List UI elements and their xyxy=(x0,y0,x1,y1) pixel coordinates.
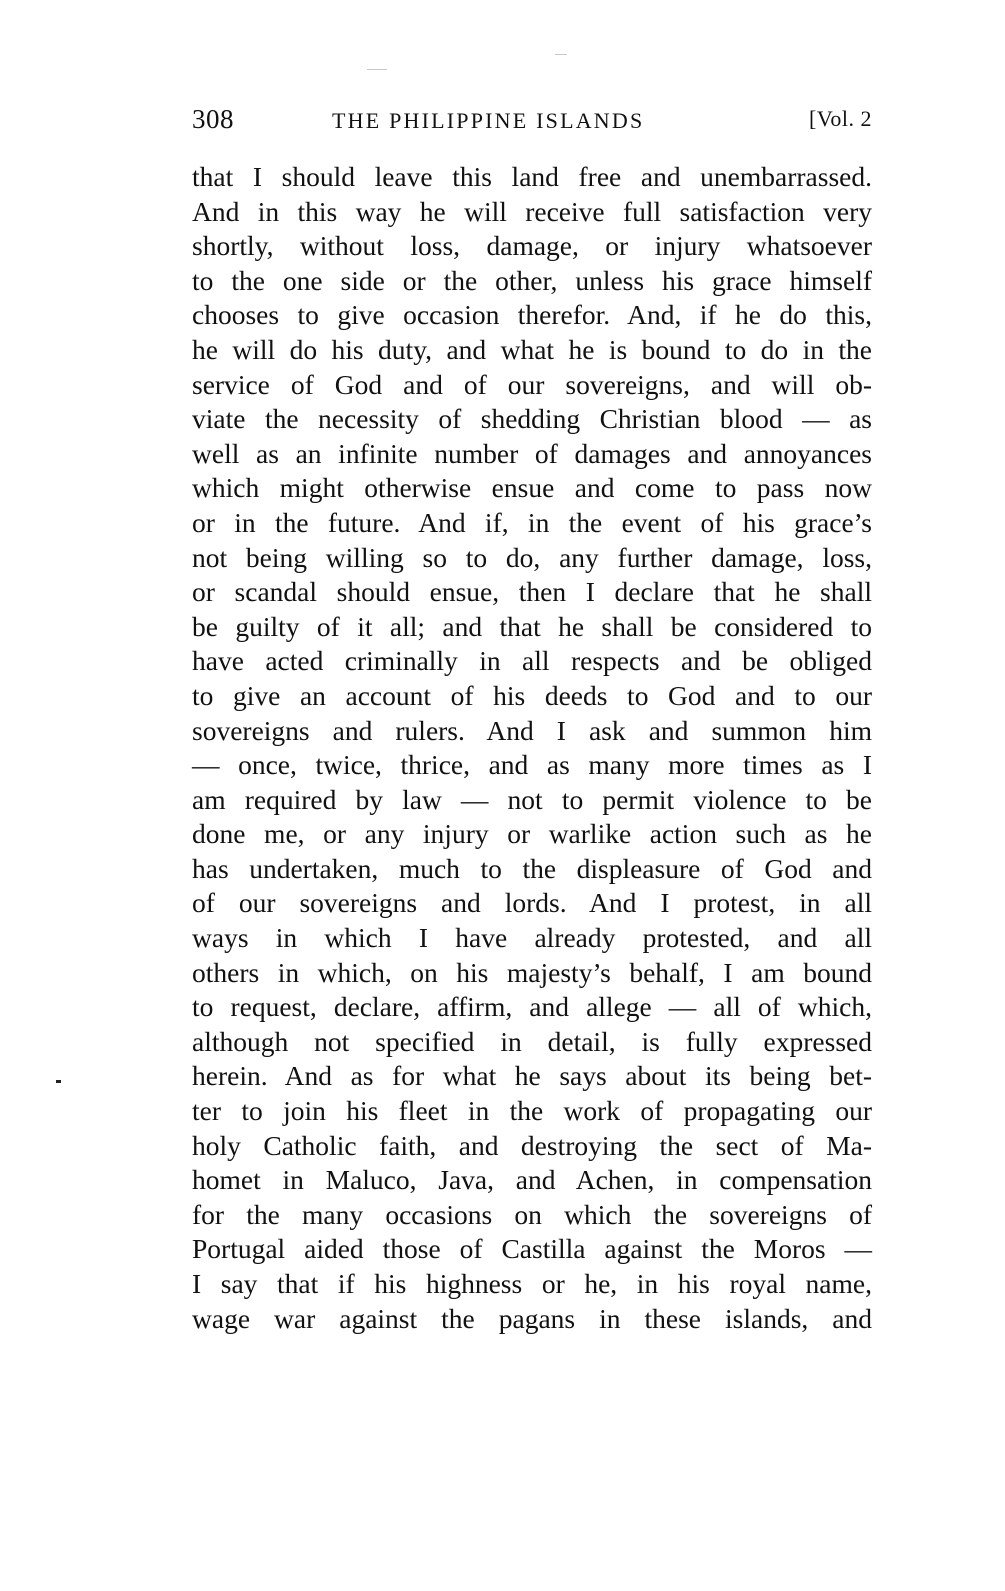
text-line: ter to join his fleet in the work of pro… xyxy=(192,1094,872,1129)
text-line: ways in which I have already protested, … xyxy=(192,921,872,956)
text-line: others in which, on his majesty’s behalf… xyxy=(192,956,872,991)
text-line: well as an infinite number of damages an… xyxy=(192,437,872,472)
text-line: although not specified in detail, is ful… xyxy=(192,1025,872,1060)
scan-speck xyxy=(555,54,567,55)
text-line: — once, twice, thrice, and as many more … xyxy=(192,748,872,783)
margin-mark xyxy=(56,1080,61,1083)
text-line: wage war against the pagans in these isl… xyxy=(192,1302,872,1337)
text-line: to request, declare, affirm, and allege … xyxy=(192,990,872,1025)
text-line: for the many occasions on which the sove… xyxy=(192,1198,872,1233)
text-line: shortly, without loss, damage, or injury… xyxy=(192,229,872,264)
text-line: or scandal should ensue, then I declare … xyxy=(192,575,872,610)
running-head-title: THE PHILIPPINE ISLANDS xyxy=(332,103,644,139)
text-line: of our sovereigns and lords. And I prote… xyxy=(192,886,872,921)
text-line: that I should leave this land free and u… xyxy=(192,160,872,195)
text-line: am required by law — not to permit viole… xyxy=(192,783,872,818)
text-line: service of God and of our sovereigns, an… xyxy=(192,368,872,403)
text-line: to give an account of his deeds to God a… xyxy=(192,679,872,714)
body-text: that I should leave this land free and u… xyxy=(192,160,872,1336)
text-line: or in the future. And if, in the event o… xyxy=(192,506,872,541)
text-line: Portugal aided those of Castilla against… xyxy=(192,1232,872,1267)
scan-speck xyxy=(367,69,387,70)
text-line: has undertaken, much to the displeasure … xyxy=(192,852,872,887)
text-line: homet in Maluco, Java, and Achen, in com… xyxy=(192,1163,872,1198)
text-line: done me, or any injury or warlike action… xyxy=(192,817,872,852)
text-line: chooses to give occasion therefor. And, … xyxy=(192,298,872,333)
text-line: have acted criminally in all respects an… xyxy=(192,644,872,679)
text-line: And in this way he will receive full sat… xyxy=(192,195,872,230)
text-line: to the one side or the other, unless his… xyxy=(192,264,872,299)
text-line: viate the necessity of shedding Christia… xyxy=(192,402,872,437)
text-line: not being willing so to do, any further … xyxy=(192,541,872,576)
text-line: herein. And as for what he says about it… xyxy=(192,1059,872,1094)
text-line: which might otherwise ensue and come to … xyxy=(192,471,872,506)
text-line: I say that if his highness or he, in his… xyxy=(192,1267,872,1302)
page-number: 308 xyxy=(192,101,234,137)
text-line: sovereigns and rulers. And I ask and sum… xyxy=(192,714,872,749)
volume-label: [Vol. 2 xyxy=(809,101,872,137)
running-head: 308 THE PHILIPPINE ISLANDS [Vol. 2 xyxy=(192,101,872,137)
text-line: holy Catholic faith, and destroying the … xyxy=(192,1129,872,1164)
book-page: 308 THE PHILIPPINE ISLANDS [Vol. 2 that … xyxy=(0,0,1005,1591)
text-line: be guilty of it all; and that he shall b… xyxy=(192,610,872,645)
text-line: he will do his duty, and what he is boun… xyxy=(192,333,872,368)
